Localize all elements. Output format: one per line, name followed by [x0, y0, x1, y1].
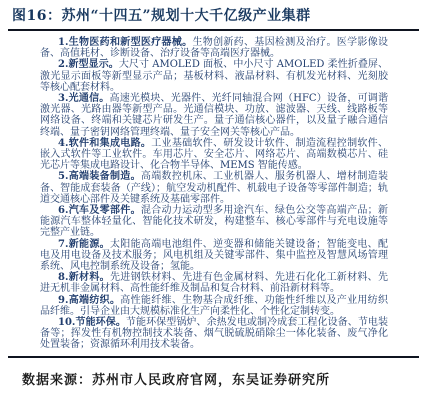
industry-label-10: 10.节能环保。	[58, 317, 126, 328]
industry-paragraph-9: 9.高端纺织。高性能纤维、生物基合成纤维、功能性纤维以及产业用纺织品纤维。引导企…	[40, 295, 388, 317]
industry-label-7: 7.新能源。	[58, 239, 110, 250]
industry-paragraph-2: 2.新型显示。大尺寸 AMOLED 面板、中小尺寸 AMOLED 柔性折叠屏、激…	[40, 59, 388, 93]
industry-label-4: 4.软件和集成电路。	[58, 138, 151, 149]
industry-label-3: 3.光通信。	[58, 93, 109, 104]
figure-body: 1.生物医药和新型医疗器械。生物创新药、基因检测及治疗。医学影像设备、高值耗材、…	[0, 31, 427, 351]
data-source: 数据来源：苏州市人民政府官网，东吴证券研究所	[0, 358, 427, 388]
industry-paragraph-6: 6.汽车及零部件。混合动力运动型多用途汽车、绿色公交等高端产品；新能源汽车整体轻…	[40, 205, 388, 239]
figure-container: 图16：苏州“十四五”规划十大千亿级产业集群 1.生物医药和新型医疗器械。生物创…	[0, 0, 427, 396]
industry-label-5: 5.高端装备制造。	[58, 171, 141, 182]
industry-label-1: 1.生物医药和新型医疗器械。	[58, 37, 192, 48]
industry-label-8: 8.新材料。	[58, 272, 110, 283]
industry-paragraph-10: 10.节能环保。节能环保型锅炉、余热发电或制冷成套工程化设备、节电装备等；挥发性…	[40, 317, 388, 351]
industry-label-2: 2.新型显示。	[58, 59, 119, 70]
industry-paragraph-1: 1.生物医药和新型医疗器械。生物创新药、基因检测及治疗。医学影像设备、高值耗材、…	[40, 37, 388, 59]
industry-paragraph-7: 7.新能源。太阳能高端电池组件、逆变器和储能关键设备；智能变电、配电及用电设备及…	[40, 239, 388, 273]
industry-paragraph-8: 8.新材料。先进钢铁材料、先进有色金属材料、先进石化化工新材料、先进无机非金属材…	[40, 272, 388, 294]
industry-paragraph-5: 5.高端装备制造。高端数控机床、工业机器人、服务机器人、增材制造装备、智能成套装…	[40, 171, 388, 205]
industry-label-6: 6.汽车及零部件。	[58, 205, 141, 216]
figure-title: 图16：苏州“十四五”规划十大千亿级产业集群	[0, 0, 427, 29]
industry-paragraph-3: 3.光通信。高速光模块、光器件、光纤同轴混合网（HFC）设备，可调谐激光器、光路…	[40, 93, 388, 138]
industry-label-9: 9.高端纺织。	[58, 295, 120, 306]
industry-paragraph-4: 4.软件和集成电路。工业基础软件、研发设计软件、制造流程控制软件、嵌入式软件等工…	[40, 138, 388, 172]
